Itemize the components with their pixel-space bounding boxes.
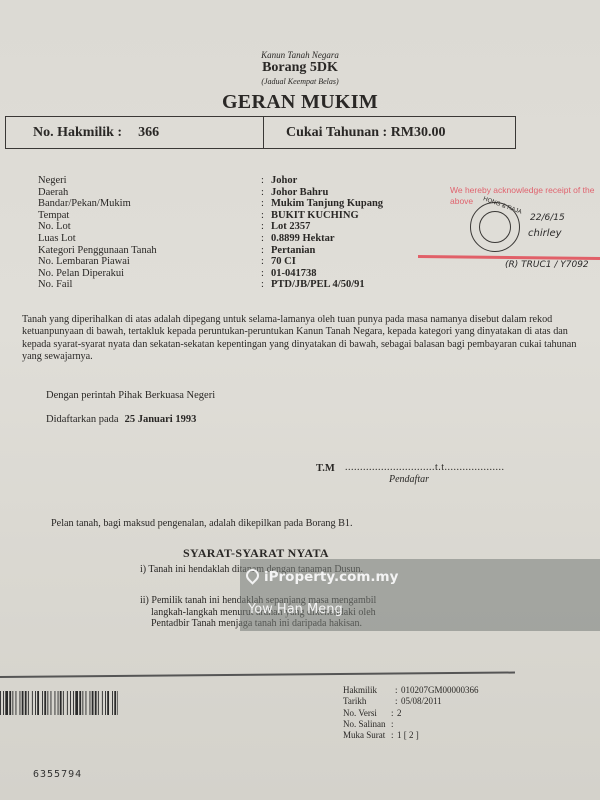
divider-line: [0, 672, 515, 678]
detail-label: Bandar/Pekan/Mukim: [38, 198, 131, 210]
detail-value: Mukim Tanjung Kupang: [271, 198, 383, 210]
detail-label: No. Fail: [38, 279, 72, 291]
location-pin-icon: [243, 566, 261, 584]
authority-line: Dengan perintah Pihak Berkuasa Negeri: [46, 390, 215, 401]
document-title: GERAN MUKIM: [0, 91, 600, 114]
tenure-paragraph: Tanah yang diperihalkan di atas adalah d…: [22, 314, 582, 363]
cukai-cell: Cukai Tahunan : RM30.00: [264, 117, 515, 148]
meta-label: No. Versi: [343, 708, 377, 719]
stamp-underline: [418, 255, 600, 259]
detail-value: 0.8899 Hektar: [271, 233, 335, 245]
detail-label: Luas Lot: [38, 233, 76, 245]
land-title-document: Kanun Tanah Negara Borang 5DK (Jadual Ke…: [0, 0, 600, 800]
detail-label: No. Lot: [38, 221, 71, 233]
signature-line: ..............................t.t.......…: [345, 462, 505, 473]
watermark-agent: Yow Han Meng: [248, 602, 343, 617]
title-box: No. Hakmilik : 366 Cukai Tahunan : RM30.…: [5, 116, 516, 149]
hakmilik-value: 366: [138, 125, 159, 141]
detail-value: Johor Bahru: [271, 187, 328, 199]
detail-value: 70 CI: [271, 256, 296, 268]
watermark-brand-text: iProperty.com.my: [264, 569, 398, 585]
detail-value: Pertanian: [271, 245, 315, 257]
detail-label: No. Pelan Diperakui: [38, 268, 124, 280]
schedule-note: (Jadual Keempat Belas): [0, 77, 600, 86]
registration-label: Didaftarkan pada: [46, 414, 119, 425]
hakmilik-cell: No. Hakmilik : 366: [6, 117, 264, 148]
receipt-stamp-text: We hereby acknowledge receipt of the abo…: [450, 185, 600, 207]
handwritten-date: 22/6/15: [530, 213, 565, 223]
meta-value: 010207GM00000366: [401, 685, 479, 696]
barcode-number: 6355794: [33, 769, 82, 780]
meta-value: 05/08/2011: [401, 696, 442, 707]
handwritten-signature: chirley: [528, 228, 562, 239]
meta-label: Hakmilik: [343, 685, 377, 696]
registration-date: 25 Januari 1993: [125, 414, 197, 425]
plan-note: Pelan tanah, bagi maksud pengenalan, ada…: [51, 518, 353, 529]
registration-line: Didaftarkan pada25 Januari 1993: [46, 414, 196, 425]
detail-value: Johor: [271, 175, 297, 187]
detail-label: Negeri: [38, 175, 67, 187]
meta-label: No. Salinan: [343, 719, 386, 730]
detail-value: PTD/JB/PEL 4/50/91: [271, 279, 365, 291]
tm-label: T.M: [316, 463, 335, 474]
meta-value: 2: [397, 708, 402, 719]
meta-label: Tarikh: [343, 696, 366, 707]
meta-label: Muka Surat: [343, 730, 385, 741]
cukai-value: RM30.00: [391, 125, 446, 141]
act-name: Kanun Tanah Negara: [0, 50, 600, 60]
meta-value: 1 [ 2 ]: [397, 730, 419, 741]
handwritten-reference: (R) TRUC1 / Y7092: [505, 260, 589, 270]
detail-label: Kategori Penggunaan Tanah: [38, 245, 157, 257]
hakmilik-label: No. Hakmilik :: [33, 125, 122, 141]
detail-value: Lot 2357: [271, 221, 310, 233]
form-number: Borang 5DK: [0, 60, 600, 76]
detail-label: Daerah: [38, 187, 68, 199]
cukai-label: Cukai Tahunan :: [286, 125, 387, 141]
detail-label: Tempat: [38, 210, 69, 222]
watermark-brand: iProperty.com.my: [246, 568, 398, 585]
detail-value: BUKIT KUCHING: [271, 210, 359, 222]
barcode-icon: [0, 691, 118, 715]
registrar-label: Pendaftar: [389, 474, 429, 485]
detail-label: No. Lembaran Piawai: [38, 256, 130, 268]
detail-value: 01-041738: [271, 268, 317, 280]
